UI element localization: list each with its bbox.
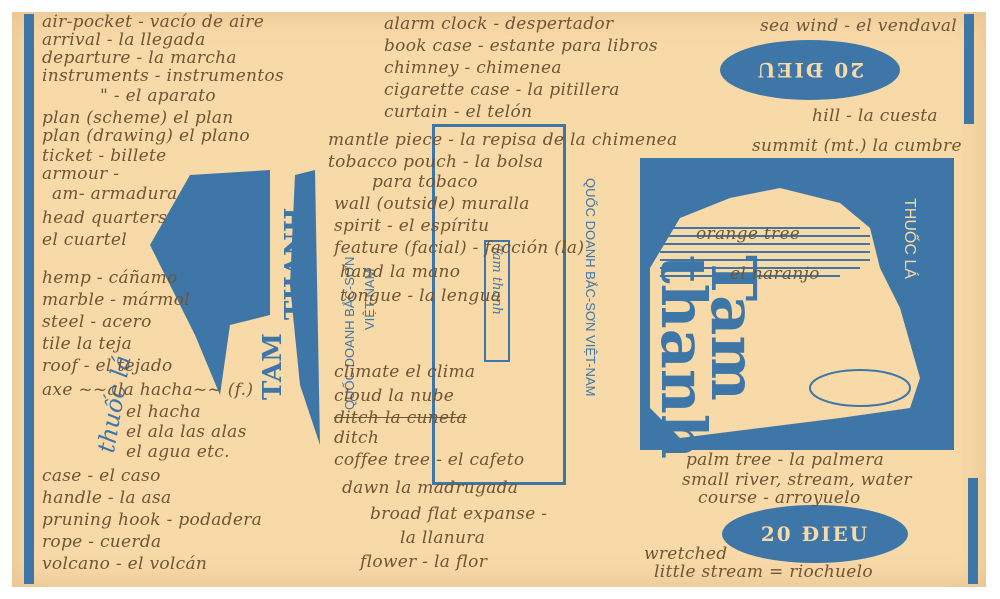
note: para tobaco [372,174,478,191]
note: mantle piece - la repisa de la chimenea [328,132,677,149]
note: book case - estante para libros [384,38,658,55]
note: el naranjo [730,266,820,283]
note: pruning hook - podadera [42,512,262,529]
note: head quarters [42,210,167,227]
note: dawn la madrugada [342,480,518,497]
note: tile la teja [42,336,132,353]
note: broad flat expanse - [370,506,547,523]
note: spirit - el espíritu [334,218,489,235]
note: el agua etc. [126,444,230,461]
note: roof - el tejado [42,358,173,375]
note: marble - mármol [42,292,190,309]
count-bottom-text: 20 ĐIEU [761,522,869,546]
maker-text-center: QUỐC DOANH BẮC-SƠN VIỆT-NAM [583,178,598,396]
note: ditch [334,430,379,447]
note: curtain - el telón [384,104,532,121]
note: steel - acero [42,314,152,331]
note: cigarette case - la pitillera [384,82,620,99]
note: plan (scheme) el plan [42,110,234,127]
note: climate el clima [334,364,475,381]
note: la llanura [400,530,485,547]
note: rope - cuerda [42,534,161,551]
note: coffee tree - el cafeto [334,452,524,469]
note: plan (drawing) el plano [42,128,250,145]
note: am- armadura [52,186,178,203]
note: small river, stream, water [682,472,912,489]
note: course - arroyuelo [698,490,860,507]
right-edge-bar-bottom [968,478,978,584]
note: ticket - billete [42,148,166,165]
note: el cuartel [42,232,127,249]
note: hill - la cuesta [812,108,938,125]
note: wall (outside) muralla [334,196,530,213]
note: volcano - el volcán [42,556,207,573]
note: alarm clock - despertador [384,16,613,33]
note: " - el aparato [100,88,216,105]
note: summit (mt.) la cumbre [752,138,962,155]
note: flower - la flor [360,554,487,571]
note: hand la mano [340,264,460,281]
note: air-pocket - vacío de aire [42,14,264,31]
note: axe ~~ala hacha~~ (f.) [42,382,253,399]
note: orange tree [696,226,800,243]
note: handle - la asa [42,490,171,507]
left-edge-bar [24,14,34,584]
count-oval-bottom: 20 ĐIEU [722,505,908,563]
note: wretched [644,546,727,563]
note: tobacco pouch - la bolsa [328,154,543,171]
front-brand-thanh: thanh [647,255,720,459]
note: feature (facial) - facción (la) [334,240,584,257]
note: ditch la cuneta [334,410,467,427]
note: case - el caso [42,468,161,485]
note: sea wind - el vendaval [760,18,957,35]
count-top-text: 20 ĐIEU [756,58,864,82]
note: palm tree - la palmera [686,452,884,469]
note: departure - la marcha [42,50,237,67]
note: chimney - chimenea [384,60,562,77]
brand-tam-vertical: TAM [258,333,288,400]
note: little stream = riochuelo [654,564,873,581]
note: instruments - instrumentos [42,68,284,85]
front-label: THUỐC LÁ [900,198,918,279]
note: cloud la nube [334,388,454,405]
right-edge-bar-top [964,14,974,124]
note: arrival - la llegada [42,32,206,49]
note: el hacha [126,404,201,421]
note: el ala las alas [126,424,247,441]
note: tongue - la lengua [340,288,501,305]
brand-thanh-vertical: THANH [280,208,310,320]
note: armour - [42,166,119,183]
count-oval-top: 20 ĐIEU [720,40,900,100]
note: hemp - cáñamo [42,270,178,287]
